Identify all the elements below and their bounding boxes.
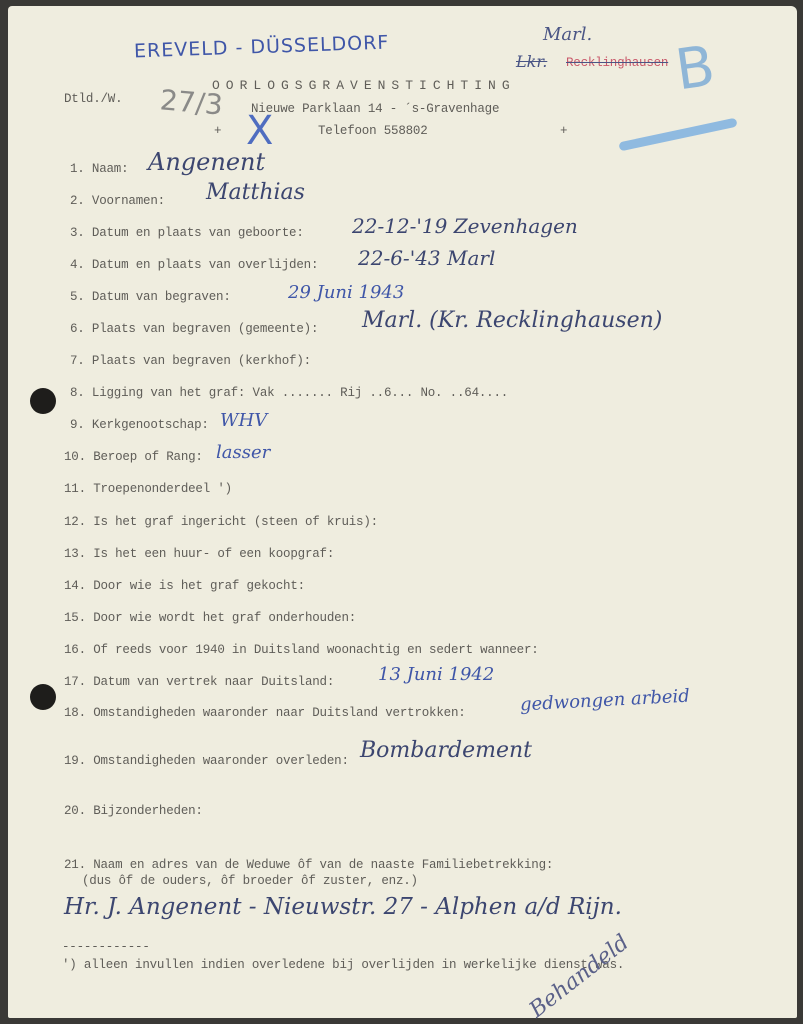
document-page: EREVELD - DÜSSELDORF Marl. Lkr. Reckling… [8,6,797,1018]
field-6-value: Marl. (Kr. Recklinghausen) [362,308,662,333]
field-7-label: 7. Plaats van begraven (kerkhof): [70,354,311,368]
plus-left: + [214,124,221,138]
field-3-label: 3. Datum en plaats van geboorte: [70,226,304,240]
field-9-label: 9. Kerkgenootschap: [70,418,209,432]
plus-right: + [560,124,567,138]
field-4-label: 4. Datum en plaats van overlijden: [70,258,318,272]
field-3-value: 22-12-'19 Zevenhagen [352,214,578,238]
field-5-label: 5. Datum van begraven: [70,290,231,304]
field-13-label: 13. Is het een huur- of een koopgraf: [64,547,334,561]
field-12-label: 12. Is het graf ingericht (steen of krui… [64,515,378,529]
field-21-value: Hr. J. Angenent - Nieuwstr. 27 - Alphen … [64,894,622,920]
dept-code: Dtld./W. [64,92,122,106]
field-2-value: Matthias [206,180,305,205]
footnote-rule: ------------ [62,940,150,954]
field-19-value: Bombardement [360,738,532,763]
field-4-value: 22-6-'43 Marl [358,246,495,270]
field-17-value: 13 Juni 1942 [378,664,494,685]
punch-hole-bottom [30,684,56,710]
annotation-lkr: Lkr. [516,52,547,71]
blue-crayon-stroke [618,118,737,152]
field-14-label: 14. Door wie is het graf gekocht: [64,579,305,593]
field-21-sub: (dus ôf de ouders, ôf broeder ôf zuster,… [82,874,418,888]
field-20-label: 20. Bijzonderheden: [64,804,203,818]
punch-hole-top [30,388,56,414]
field-18-label: 18. Omstandigheden waaronder naar Duitsl… [64,706,466,720]
field-9-value: WHV [220,410,267,431]
field-1-label: 1. Naam: [70,162,128,176]
field-16-label: 16. Of reeds voor 1940 in Duitsland woon… [64,643,539,657]
field-17-label: 17. Datum van vertrek naar Duitsland: [64,675,334,689]
field-5-value: 29 Juni 1943 [288,282,404,303]
field-6-label: 6. Plaats van begraven (gemeente): [70,322,318,336]
field-8-label: 8. Ligging van het graf: Vak ....... Rij… [70,386,508,400]
footnote: ') alleen invullen indien overledene bij… [62,958,624,972]
annotation-marl: Marl. [543,24,592,45]
field-11-label: 11. Troepenonderdeel ') [64,482,232,496]
field-15-label: 15. Door wie wordt het graf onderhouden: [64,611,356,625]
field-19-label: 19. Omstandigheden waaronder overleden: [64,754,349,768]
org-name: OORLOGSGRAVENSTICHTING [212,78,516,93]
org-address: Nieuwe Parklaan 14 - ´s-Gravenhage [251,102,499,116]
annotation-big-b: B [672,34,719,104]
field-1-value: Angenent [148,148,265,176]
field-21-label: 21. Naam en adres van de Weduwe ôf van d… [64,858,553,872]
field-2-label: 2. Voornamen: [70,194,165,208]
org-phone: Telefoon 558802 [318,124,428,138]
field-10-label: 10. Beroep of Rang: [64,450,203,464]
annotation-ereveld: EREVELD - DÜSSELDORF [134,32,390,63]
signature: Behandeld [525,930,634,1023]
field-18-value: gedwongen arbeid [520,686,691,716]
field-10-value: lasser [216,442,270,463]
stamp-recklinghausen: Recklinghausen [566,56,668,70]
